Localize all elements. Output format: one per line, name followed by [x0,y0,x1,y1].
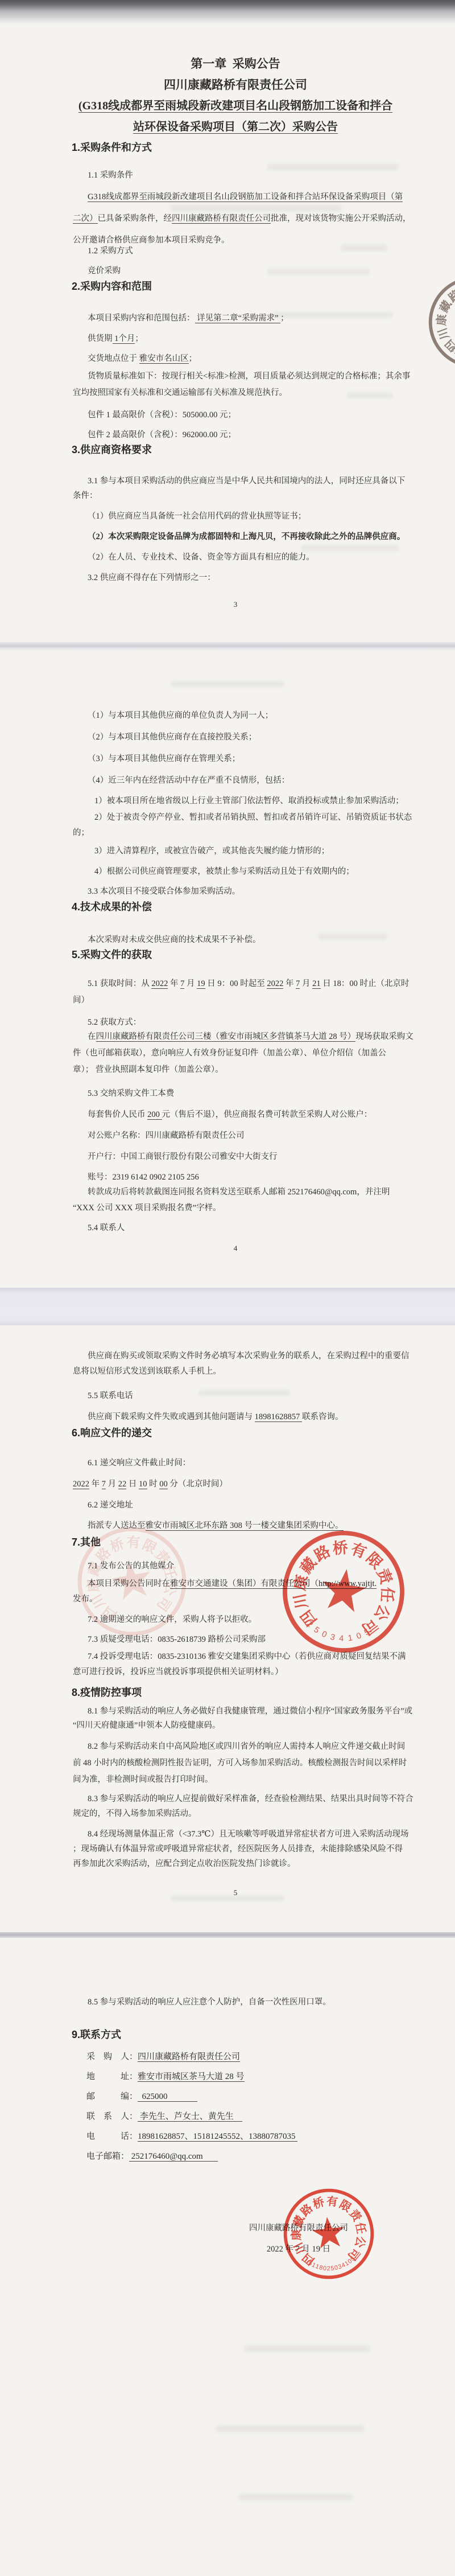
svg-text:0: 0 [334,2264,338,2271]
sec1-1-para-line: 二次）已具备采购条件，经四川康藏路桥有限责任公司批准，现对该货物实施公开采购活动… [73,208,398,229]
svg-text:藏: 藏 [437,298,454,315]
signature-text: 四川康藏路桥有限责任公司 [249,2224,348,2233]
svg-text:桥: 桥 [311,2195,326,2211]
svg-text:任: 任 [353,2221,369,2235]
sec5-5: 5.5 联系电话 [73,1386,398,1406]
contact-block-text: 电 话： [86,2132,138,2141]
contact-block: 采 购 人：四川康藏路桥有限责任公司地 址：雅安市雨城区茶马大道 28 号邮 编… [86,2047,412,2167]
contact-block-line: 电 话：18981628857、15181245552、13880787035 [86,2127,412,2147]
sec6-1-deadline-text: 22 [118,1480,127,1489]
sec5-1-text: 月 [184,979,197,988]
sec3-2-item4: （4）近三年内在经营活动中存在严重不良情形，包括： [73,770,398,791]
sec6-1: 6.1 递交响应文件截止时间： [73,1453,398,1473]
sec6-2-text: 6.2 递交地址 [88,1501,133,1510]
contact-block-line: 电子邮箱： 252176460@qq.com [86,2147,412,2167]
contact-block-text: 联 系 人： [86,2112,138,2121]
page-number-3-line: 3 [73,594,398,615]
sec5-4-para-line: 息将以短信形式发送到该联系人手机上。 [73,1364,398,1379]
bleed-through-ghost [245,2345,370,2352]
sec8-2-line: 8.2 参与采购活动来自中高风险地区或四川省外的响应人需持本人响应文件递交截止时… [73,1739,398,1755]
svg-text:路: 路 [298,2201,316,2218]
svg-text:路: 路 [446,287,455,305]
sec7-1-para-text: 雅安市交通建设（集团）有限责任公司（http://www.yajtjt. [170,1579,377,1589]
bleed-through-ghost [171,681,284,687]
sec6-1-deadline-text: 10 [139,1480,147,1489]
sec5-3-fee-text: 元（售后不退），供应商报名费可转款至采购人对公账户： [162,1110,373,1119]
sec3-1-item3-text: （2）在人员、专业技术、设备、资金等方面具有相应的能力。 [88,553,315,562]
sec2-delivery-place-text: 交货地点位于 [88,354,139,363]
sec1-1-para-text: 已具备采购条件，经 [98,214,172,223]
sec8-4-line: 8.4 经现场测量体温正常（<37.3℃）且无咳嗽等呼吸道异常症状者方可进入采购… [73,1827,398,1842]
sec5-2-para: 在四川康藏路桥有限责任公司三楼（雅安市雨城区多营镇茶马大道 28 号）现场获取采… [73,1029,398,1078]
sec7-2: 7.2 逾期递交的响应文件，采购人将予以拒收。 [73,1609,398,1630]
sec1-2-para-text: 竞价采购 [88,266,121,276]
page-number-5: 5 [73,1883,398,1903]
sec3-2-item4-4-line: 4）根据公司供应商管理要求，被禁止参与采购活动且处于有效期内的； [73,861,398,882]
sec7-heading-line: 7.其他 [72,1532,397,1552]
sec8-2-line: 间为准，非检测时间或报告打印时间。 [73,1772,398,1788]
sec5-1-text: 2022 [267,979,283,989]
svg-text:3: 3 [337,2263,343,2270]
sec5-2-para-text: 现场获取采购文 [355,1032,413,1041]
sec8-2-text: 前 48 小时内的核酸检测阴性报告证明，方可入场参加采购活动。核酸检测报告时间以… [73,1759,407,1768]
sec5-1-text: 间） [73,996,89,1005]
sec5-3-bank-text: 开户行：中国工商银行股份有限公司雅安中大街支行 [88,1152,278,1161]
sec8-1: 8.1 参与采购活动的响应人务必做好自我健康管理，通过微信小程序“国家政务服务平… [73,1704,398,1733]
sec7-4-text: 意可进行投诉，投诉应当就投诉事项提供相关证明材料。） [73,1667,283,1677]
sec3-2-item4-line: （4）近三年内在经营活动中存在严重不良情形，包括： [73,770,398,791]
contact-block-line: 联 系 人： 李先生、芦女士、黄先生 [86,2107,412,2127]
sec1-1-text: 1.1 采购条件 [88,171,133,180]
sec2-heading: 2.采购内容和范围 [72,276,397,297]
sec8-5-line: 8.5 参与采购活动的响应人应注意个人防护，自备一次性医用口罩。 [73,1992,398,2012]
sec2-quality: 货物质量标准如下：按现行相关<标准>检测，项目质量必须达到规定的合格标准；其余事… [73,368,398,401]
scan-top-shadow [0,0,455,24]
sec6-2-address-text: 雅安市雨城区北环东路 308 号一楼交建集团采购中心。 [146,1521,344,1531]
svg-text:1: 1 [311,2262,317,2269]
sec8-4-text: ；现场确认有体温异常或呼吸道异常症状者，经医院医务人员排查，未能排除感染风险不得 [73,1844,403,1854]
sec3-heading-text: 3.供应商资格要求 [72,444,152,455]
sec7-1-text: 7.1 发布公告的其他媒介 [88,1562,174,1571]
svg-text:5: 5 [330,2265,334,2273]
sec5-3-remit: 转款成功后将转款截图连同报名资料发送至联系人邮箱 252176460@qq.co… [73,1184,398,1216]
sec3-2-item4-2: 2）处于被责令停产停业、暂扣或者吊销执照、暂扣或者吊销许可证、吊销资质证书状态的… [73,810,398,841]
sec6-heading-text: 6.响应文件的递交 [72,1427,152,1439]
sec8-5-text: 8.5 参与采购活动的响应人应注意个人防护，自备一次性医用口罩。 [88,1998,331,2007]
contact-block-line: 邮 编： 625000 [86,2087,412,2107]
sec7-heading-text: 7.其他 [72,1536,101,1548]
sec5-2-para-line: 在四川康藏路桥有限责任公司三楼（雅安市雨城区多营镇茶马大道 28 号）现场获取采… [73,1029,398,1045]
sec5-heading: 5.采购文件的获取 [72,944,397,965]
sec6-1-line: 6.1 递交响应文件截止时间： [73,1453,398,1473]
sec3-1-item2: （2）本次采购限定设备品牌为成都固特和上海凡贝，不再接收除此之外的品牌供应商。 [73,527,398,547]
sec6-1-deadline-text: 日 [126,1480,139,1489]
sec3-heading-line: 3.供应商资格要求 [72,439,397,460]
sec1-2: 1.2 采购方式 [73,241,398,261]
sec5-5-para-text: 供应商下载采购文件失败或遇到其他问题请与 [88,1412,255,1421]
sec8-1-text: 8.1 参与采购活动的响应人务必做好自我健康管理，通过微信小程序“国家政务服务平… [88,1707,412,1716]
sec3-1-text: 条件： [73,491,98,500]
sec3-1: 3.1 参与本项目采购活动的供应商应当是中华人民共和国境内的法人，同时还应具备以… [73,474,398,503]
svg-text:四: 四 [442,336,455,354]
sec8-4-line: 再参加此次采购活动，应配合到定点收治医院发热门诊就诊。 [73,1856,398,1871]
sec2-delivery-place: 交货地点位于 雅安市名山区； [73,348,398,369]
sec7-heading: 7.其他 [72,1532,397,1552]
sec8-3-line: 规定的，不得入场参加采购活动。 [73,1806,398,1821]
sec3-2-item2: （2）与本项目其他供应商存在直接控股关系； [73,727,398,747]
sec5-2-para-text: 在 [88,1032,96,1041]
sec3-2-item4-3: 3）进入清算程序，或被宣告破产，或其他丧失履约能力情形的； [73,841,398,861]
contact-block-text: 邮 编： [86,2092,138,2101]
signature-line: 四川康藏路桥有限责任公司 [249,2218,349,2239]
sec5-1-line: 5.1 获取时间：从 2022 年 7 月 19 日 9：00 时起至 2022… [73,976,398,992]
project-title-line: 站环保设备采购项目（第二次）采购公告 [73,117,398,138]
sec5-2-para-text: 件（也可邮箱获取），意向响应人有效身份证复印件（加盖公章）、单位介绍信（加盖公 [73,1049,386,1058]
sec3-1-item1-line: （1）供应商应当具备统一社会信用代码的营业执照等证书； [73,506,398,527]
sec4-heading-text: 4.技术成果的补偿 [72,901,152,913]
project-title-text: (G318线成都界至雨城段新改建项目名山段钢筋加工设备和拌合 [78,100,392,113]
sec5-3-remit-line: “XXX 公司 XXX 项目采购报名费”字样。 [73,1200,398,1216]
sec8-4-text: 再参加此次采购活动，应配合到定点收治医院发热门诊就诊。 [73,1859,296,1868]
sec6-2: 6.2 递交地址 [73,1495,398,1515]
sec8-heading-text: 8.疫情防控事项 [72,1687,142,1698]
company-seal-top-partial: 四川康藏路桥有限责任公司5118025034105 [427,274,455,370]
page-number-3-text: 3 [234,600,238,609]
page-number-5-line: 5 [73,1883,398,1903]
sec2-scope-line: 本项目采购内容和范围包括： 详见第二章“采购需求” ； [73,308,398,328]
sec5-1-text: 年 [283,979,296,988]
sec8-heading: 8.疫情防控事项 [72,1682,397,1703]
sec5-3: 5.3 交纳采购文件工本费 [73,1083,398,1104]
sec3-2-item1-line: （1）与本项目其他供应商的单位负责人为同一人； [73,705,398,726]
sec5-1-text: 日 9：00 时起至 [205,979,267,988]
sec6-1-deadline-text: 年 [89,1480,102,1489]
sec6-1-deadline-text: 00 [159,1480,168,1489]
sec8-2-text: 间为准，非检测时间或报告打印时间。 [73,1775,213,1784]
sec3-2-item2-text: （2）与本项目其他供应商存在直接控股关系； [88,733,257,742]
sec7-2-text: 7.2 逾期递交的响应文件，采购人将予以拒收。 [88,1615,257,1624]
sec5-3-fee-text: 每套售价人民币 [88,1110,147,1119]
sec5-3-account-name-text: 对公账户名称：四川康藏路桥有限责任公司 [88,1131,245,1140]
sec2-quality-text: 宜均按照国家有关标准和交通运输部有关标准及规范执行。 [73,388,287,397]
sec7-4: 7.4 投诉受理电话：0835-2310136 雅安交建集团采购中心（若供应商对… [73,1649,398,1680]
sec7-3-text: 7.3 质疑受理电话：0835-2618739 路桥公司采购部 [88,1635,266,1644]
sec6-1-deadline-text: 分（北京时间） [168,1480,227,1489]
sec5-2-para-text: 四川康藏路桥有限责任公司三楼（雅安市雨城区多营镇茶马大道 28 号） [96,1032,356,1042]
scanned-procurement-document: 第一章 采购公告四川康藏路桥有限责任公司(G318线成都界至雨城段新改建项目名山… [0,0,455,2576]
sec7-1-para: 本项目采购公告同时在雅安市交通建设（集团）有限责任公司（http://www.y… [73,1576,398,1607]
page-number-4: 4 [73,1238,398,1259]
sec3-2-item4-1: 1）被本项目所在地省级以上行业主管部门依法暂停、取消投标或禁止参加采购活动； [73,791,398,811]
sec6-1-deadline: 2022 年 7 月 22 日 10 时 00 分（北京时间） [73,1474,398,1494]
svg-text:5: 5 [307,2259,313,2267]
sec5-1-text: 21 [312,979,321,989]
chapter-title: 第一章 采购公告 [73,54,398,74]
sec5-3-line: 5.3 交纳采购文件工本费 [73,1083,398,1104]
sec6-1-deadline-text: 2022 [73,1480,89,1489]
sec2-scope-text: 本项目采购内容和范围包括： [88,314,195,323]
contact-block-line: 地 址：雅安市雨城区茶马大道 28 号 [86,2067,412,2087]
sec1-1-para-text: 四川康藏路桥有限责任公司 [172,214,271,224]
sec8-heading-line: 8.疫情防控事项 [72,1682,397,1703]
sec3-2-item4-4-text: 4）根据公司供应商管理要求，被禁止参与采购活动且处于有效期内的； [94,867,354,876]
project-title: (G318线成都界至雨城段新改建项目名山段钢筋加工设备和拌合站环保设备采购项目（… [73,96,398,138]
sec6-1-deadline-text: 月 [106,1480,118,1489]
sec5-1-text: 2022 [151,979,168,989]
contact-block-line: 采 购 人：四川康藏路桥有限责任公司 [86,2047,412,2067]
sec8-3-text: 8.3 参与采购活动的响应人应提前做好采样准备，经查验检测结果、结果出具时间等不… [88,1794,413,1803]
sec3-2-item4-text: （4）近三年内在经营活动中存在严重不良情形，包括： [88,776,289,785]
sec3-2-item3-text: （3）与本项目其他供应商存在管理关系； [88,754,240,763]
sec4-heading-line: 4.技术成果的补偿 [72,897,397,917]
contact-block-text: 18981628857、15181245552、13880787035 [138,2132,297,2142]
sec5-1-text: 19 [197,979,205,989]
sec3-2: 3.2 供应商不得存在下列情形之一： [73,568,398,588]
signature-line: 2022 年 7 月 19 日 [249,2239,349,2260]
sec1-1-para-text: 批准，现对该货物实施公开采购活动， [271,214,411,223]
sec2-delivery-place-line: 交货地点位于 雅安市名山区； [73,348,398,369]
sec5-4: 5.4 联系人 [73,1218,398,1238]
sec5-heading-text: 5.采购文件的获取 [72,949,152,960]
sec5-4-para-text: 息将以短信形式发送到该联系人手机上。 [73,1367,221,1376]
sec1-1-para-line: G318线成都界至雨城段新改建项目名山段钢筋加工设备和拌合站环保设备采购项目（第 [73,186,398,208]
contact-block-text: 采 购 人： [86,2052,138,2061]
contact-block-text: 625000 [138,2092,197,2102]
sec5-3-bank: 开户行：中国工商银行股份有限公司雅安中大街支行 [73,1147,398,1167]
sec5-1-text: 月 [300,979,312,988]
svg-text:康: 康 [435,314,449,326]
sec6-2-line: 6.2 递交地址 [73,1495,398,1515]
contact-block-text: 李先生、芦女士、黄先生 [138,2112,242,2122]
sec7-1-para-line: 本项目采购公告同时在雅安市交通建设（集团）有限责任公司（http://www.y… [73,1576,398,1592]
bleed-through-ghost [216,2425,364,2432]
sec5-5-text: 5.5 联系电话 [88,1391,133,1400]
sec5-3-remit-line: 转款成功后将转款截图连同报名资料发送至联系人邮箱 252176460@qq.co… [73,1184,398,1200]
page-gap-3 [0,1932,455,1938]
sec2-heading-text: 2.采购内容和范围 [72,281,152,292]
sec8-1-line: “四川天府健康通”申领本人防疫健康码。 [73,1719,398,1733]
sec5-4-line: 5.4 联系人 [73,1218,398,1238]
page-number-3: 3 [73,594,398,615]
svg-text:川: 川 [436,326,452,342]
sec4-heading: 4.技术成果的补偿 [72,897,397,917]
sec3-2-item1: （1）与本项目其他供应商的单位负责人为同一人； [73,705,398,726]
sec5-3-account-no-text: 账号：2319 6142 0902 2105 256 [88,1173,199,1182]
company-title-text: 四川康藏路桥有限责任公司 [164,78,307,92]
sec5-3-bank-line: 开户行：中国工商银行股份有限公司雅安中大街支行 [73,1147,398,1167]
sec7-2-line: 7.2 逾期递交的响应文件，采购人将予以拒收。 [73,1609,398,1630]
sec1-1: 1.1 采购条件 [73,165,398,186]
sec2-quality-line: 宜均按照国家有关标准和交通运输部有关标准及规范执行。 [73,385,398,401]
sec5-3-fee-line: 每套售价人民币 200 元（售后不退），供应商报名费可转款至采购人对公账户： [73,1104,398,1125]
sec5-5-para-text: 联系咨询。 [302,1412,344,1421]
svg-text:限: 限 [337,2197,354,2215]
page-gap-2 [0,1288,455,1325]
contact-block-text: 四川康藏路桥有限责任公司 [138,2052,240,2062]
sec5-3-account-name-line: 对公账户名称：四川康藏路桥有限责任公司 [73,1125,398,1146]
sec5-3-fee: 每套售价人民币 200 元（售后不退），供应商报名费可转款至采购人对公账户： [73,1104,398,1125]
sec3-2-item4-2-text: 的； [73,828,89,837]
sec7-1: 7.1 发布公告的其他媒介 [73,1556,398,1576]
sec2-price-cap-1-text: 包件 1 最高限价（含税）：505000.00 元； [88,410,236,420]
sec7-1-line: 7.1 发布公告的其他媒介 [73,1556,398,1576]
sec7-3: 7.3 质疑受理电话：0835-2618739 路桥公司采购部 [73,1629,398,1650]
sec5-1-text: 年 [168,979,180,988]
svg-text:4: 4 [341,2262,347,2269]
sec7-1-para-text: 本项目采购公告同时在 [88,1579,170,1588]
sec2-price-cap-1: 包件 1 最高限价（含税）：505000.00 元； [73,405,398,425]
svg-text:2: 2 [327,2265,330,2272]
sec3-2-item2-line: （2）与本项目其他供应商存在直接控股关系； [73,727,398,747]
sec3-2-item4-2-line: 2）处于被责令停产停业、暂扣或者吊销执照、暂扣或者吊销许可证、吊销资质证书状态 [73,810,398,825]
sec1-heading-line: 1.采购条件和方式 [72,137,397,158]
sec7-1-para-line: 发布。 [73,1592,398,1607]
sec5-1: 5.1 获取时间：从 2022 年 7 月 19 日 9：00 时起至 2022… [73,976,398,1009]
sec5-4-text: 5.4 联系人 [88,1223,125,1232]
sec1-1-para-text: 二次） [73,214,98,224]
sec4-para-text: 本次采购对未成交供应商的技术成果不予补偿。 [88,935,261,944]
sec8-2-text: 8.2 参与采购活动来自中高风险地区或四川省外的响应人需持本人响应文件递交截止时… [88,1742,405,1751]
sec2-scope-text: ； [280,314,289,323]
sec5-3-account-name: 对公账户名称：四川康藏路桥有限责任公司 [73,1125,398,1146]
sec7-4-text: 7.4 投诉受理电话：0835-2310136 雅安交建集团采购中心（若供应商对… [88,1652,406,1661]
company-title-line: 四川康藏路桥有限责任公司 [73,75,398,95]
sec3-2-item4-4: 4）根据公司供应商管理要求，被禁止参与采购活动且处于有效期内的； [73,861,398,882]
chapter-title-line: 第一章 采购公告 [73,54,398,74]
sec3-2-item1-text: （1）与本项目其他供应商的单位负责人为同一人； [88,711,273,720]
bleed-through-ghost [239,2493,353,2500]
sec8-4: 8.4 经现场测量体温正常（<37.3℃）且无咳嗽等呼吸道异常症状者方可进入采购… [73,1827,398,1871]
svg-text:公: 公 [352,2235,367,2249]
sec3-2-text: 3.2 供应商不得存在下列情形之一： [88,573,216,582]
sec5-4-para-text: 供应商在购买或领取采购文件时务必填写本次采购业务的联系人，在采购过程中的重要信 [88,1351,409,1361]
sec8-4-text: 8.4 经现场测量体温正常（<37.3℃）且无咳嗽等呼吸道异常症状者方可进入采购… [88,1830,409,1839]
sec5-heading-line: 5.采购文件的获取 [72,944,397,965]
sec2-quality-line: 货物质量标准如下：按现行相关<标准>检测，项目质量必须达到规定的合格标准；其余事 [73,368,398,385]
sec6-2-address-text: 指派专人送达至 [88,1521,146,1530]
sec2-price-cap-2-text: 包件 2 最高限价（含税）：962000.00 元； [88,430,236,439]
contact-block-text: 电子邮箱： [86,2152,129,2161]
sec9-heading-text: 9.联系方式 [72,2029,121,2040]
sec5-2-text: 5.2 获取方式： [88,1018,141,1027]
sec3-2-line: 3.2 供应商不得存在下列情形之一： [73,568,398,588]
sec3-1-item2-text: （2）本次采购限定设备品牌为成都固特和上海凡贝，不再接收除此之外的品牌供应商。 [88,532,405,541]
sec2-delivery-place-text: 雅安市名山区 [139,354,189,364]
sec3-2-item3: （3）与本项目其他供应商存在管理关系； [73,749,398,769]
sec2-scope: 本项目采购内容和范围包括： 详见第二章“采购需求” ； [73,308,398,328]
sec5-1-text: 5.1 获取时间：从 [88,979,151,988]
svg-text:1: 1 [315,2263,320,2270]
sec3-3-text: 3.3 本次项目不接受联合体参加采购活动。 [88,887,240,896]
sec2-scope-text: 详见第二章“采购需求” [195,314,281,323]
sec5-3-text: 5.3 交纳采购文件工本费 [88,1089,174,1098]
sec3-2-item4-2-line: 的； [73,825,398,841]
svg-text:责: 责 [347,2207,365,2225]
sec9-heading-line: 9.联系方式 [72,2024,397,2045]
sec8-3-text: 规定的，不得入场参加采购活动。 [73,1809,197,1818]
signature-text: 2022 年 7 月 19 日 [267,2245,330,2254]
sec5-1-line: 间） [73,992,398,1009]
sec1-heading-text: 1.采购条件和方式 [72,142,152,153]
sec3-2-item3-line: （3）与本项目其他供应商存在管理关系； [73,749,398,769]
sec7-4-line: 意可进行投诉，投诉应当就投诉事项提供相关证明材料。） [73,1665,398,1680]
sec8-4-line: ；现场确认有体温异常或呼吸道异常症状者，经医院医务人员排查，未能排除感染风险不得 [73,1842,398,1856]
sec3-2-item4-3-line: 3）进入清算程序，或被宣告破产，或其他丧失履约能力情形的； [73,841,398,861]
sec5-4-para-line: 供应商在购买或领取采购文件时务必填写本次采购业务的联系人，在采购过程中的重要信 [73,1349,398,1364]
svg-text:有: 有 [326,2194,339,2209]
sec7-1-para-text: 发布。 [73,1595,98,1604]
sec8-1-line: 8.1 参与采购活动的响应人务必做好自我健康管理，通过微信小程序“国家政务服务平… [73,1704,398,1719]
sec3-2-item4-2-text: 2）处于被责令停产停业、暂扣或者吊销执照、暂扣或者吊销许可证、吊销资质证书状态 [94,813,412,822]
sec1-1-line: 1.1 采购条件 [73,165,398,186]
contact-block-text: 地 址： [86,2072,138,2081]
sec2-price-cap-1-line: 包件 1 最高限价（含税）：505000.00 元； [73,405,398,425]
sec2-supply-period-text: ； [135,334,143,343]
sec6-heading-line: 6.响应文件的递交 [72,1423,397,1443]
sec3-2-item4-1-line: 1）被本项目所在地省级以上行业主管部门依法暂停、取消投标或禁止参加采购活动； [73,791,398,811]
sec5-3-remit-text: 转款成功后将转款截图连同报名资料发送至联系人邮箱 252176460@qq.co… [88,1188,390,1197]
sec3-2-item4-3-text: 3）进入清算程序，或被宣告破产，或其他丧失履约能力情形的； [94,847,329,856]
sec8-5: 8.5 参与采购活动的响应人应注意个人防护，自备一次性医用口罩。 [73,1992,398,2012]
sec3-1-item1: （1）供应商应当具备统一社会信用代码的营业执照等证书； [73,506,398,527]
sec5-5-para-text: 18981628857 [255,1412,302,1422]
sec2-supply-period-line: 供货期 1个月； [73,328,398,349]
page-number-5-text: 5 [234,1888,238,1897]
sec2-supply-period-text: 供货期 [88,334,113,343]
sec5-2-para-line: 件（也可邮箱获取），意向响应人有效身份证复印件（加盖公章）、单位介绍信（加盖公 [73,1045,398,1062]
sec5-1-text: 日 18：00 时止（北京时 [321,979,409,988]
sec7-3-line: 7.3 质疑受理电话：0835-2618739 路桥公司采购部 [73,1629,398,1650]
sec3-1-item1-text: （1）供应商应当具备统一社会信用代码的营业执照等证书； [88,512,306,521]
sec2-heading-line: 2.采购内容和范围 [72,276,397,297]
svg-text:1: 1 [344,2260,350,2267]
svg-text:8: 8 [318,2264,324,2271]
sec1-2-text: 1.2 采购方式 [88,246,133,256]
sec5-2-para-text: 章）； 营业执照副本复印件（加盖公章）。 [73,1065,224,1074]
svg-text:0: 0 [322,2265,326,2273]
sec6-1-deadline-line: 2022 年 7 月 22 日 10 时 00 分（北京时间） [73,1474,398,1494]
sec5-2-para-line: 章）； 营业执照副本复印件（加盖公章）。 [73,1062,398,1078]
sec3-1-item2-line: （2）本次采购限定设备品牌为成都固特和上海凡贝，不再接收除此之外的品牌供应商。 [73,527,398,547]
sec6-1-deadline-text: 时 [147,1480,160,1489]
svg-text:1: 1 [453,348,455,356]
sec3-heading: 3.供应商资格要求 [72,439,397,460]
sec7-4-line: 7.4 投诉受理电话：0835-2310136 雅安交建集团采购中心（若供应商对… [73,1649,398,1665]
sec8-2-line: 前 48 小时内的核酸检测阴性报告证明，方可入场参加采购活动。核酸检测报告时间以… [73,1755,398,1772]
svg-text:5: 5 [349,2255,357,2263]
sec3-2-item4-1-text: 1）被本项目所在地省级以上行业主管部门依法暂停、取消投标或禁止参加采购活动； [94,796,404,806]
project-title-text: 站环保设备采购项目（第二次）采购公告 [133,121,338,134]
sec2-quality-text: 货物质量标准如下：按现行相关<标准>检测，项目质量必须达到规定的合格标准；其余事 [88,372,410,381]
sec6-1-text: 6.1 递交响应文件截止时间： [88,1458,191,1468]
sec9-heading: 9.联系方式 [72,2024,397,2045]
sec5-3-fee-text: 200 [147,1110,162,1120]
sec2-supply-period-text: 1个月 [113,334,135,344]
sec2-delivery-place-text: ； [189,354,197,363]
sec3-1-item3: （2）在人员、专业技术、设备、资金等方面具有相应的能力。 [73,547,398,568]
sec8-1-text: “四川天府健康通”申领本人防疫健康码。 [73,1721,220,1730]
sec1-1-para-text: G318线成都界至雨城段新改建项目名山段钢筋加工设备和拌合站环保设备采购项目（第 [88,192,403,202]
sec3-1-line: 3.1 参与本项目采购活动的供应商应当是中华人民共和国境内的法人，同时还应具备以… [73,474,398,488]
contact-block-text: 雅安市雨城区茶马大道 28 号 [138,2072,245,2082]
sec2-supply-period: 供货期 1个月； [73,328,398,349]
sec5-4-para: 供应商在购买或领取采购文件时务必填写本次采购业务的联系人，在采购过程中的重要信息… [73,1349,398,1379]
sec1-2-line: 1.2 采购方式 [73,241,398,261]
project-title-line: (G318线成都界至雨城段新改建项目名山段钢筋加工设备和拌合 [73,96,398,117]
svg-text:5: 5 [449,346,455,354]
sec8-2: 8.2 参与采购活动来自中高风险地区或四川省外的响应人需持本人响应文件递交截止时… [73,1739,398,1788]
page-gap-1 [0,642,455,651]
